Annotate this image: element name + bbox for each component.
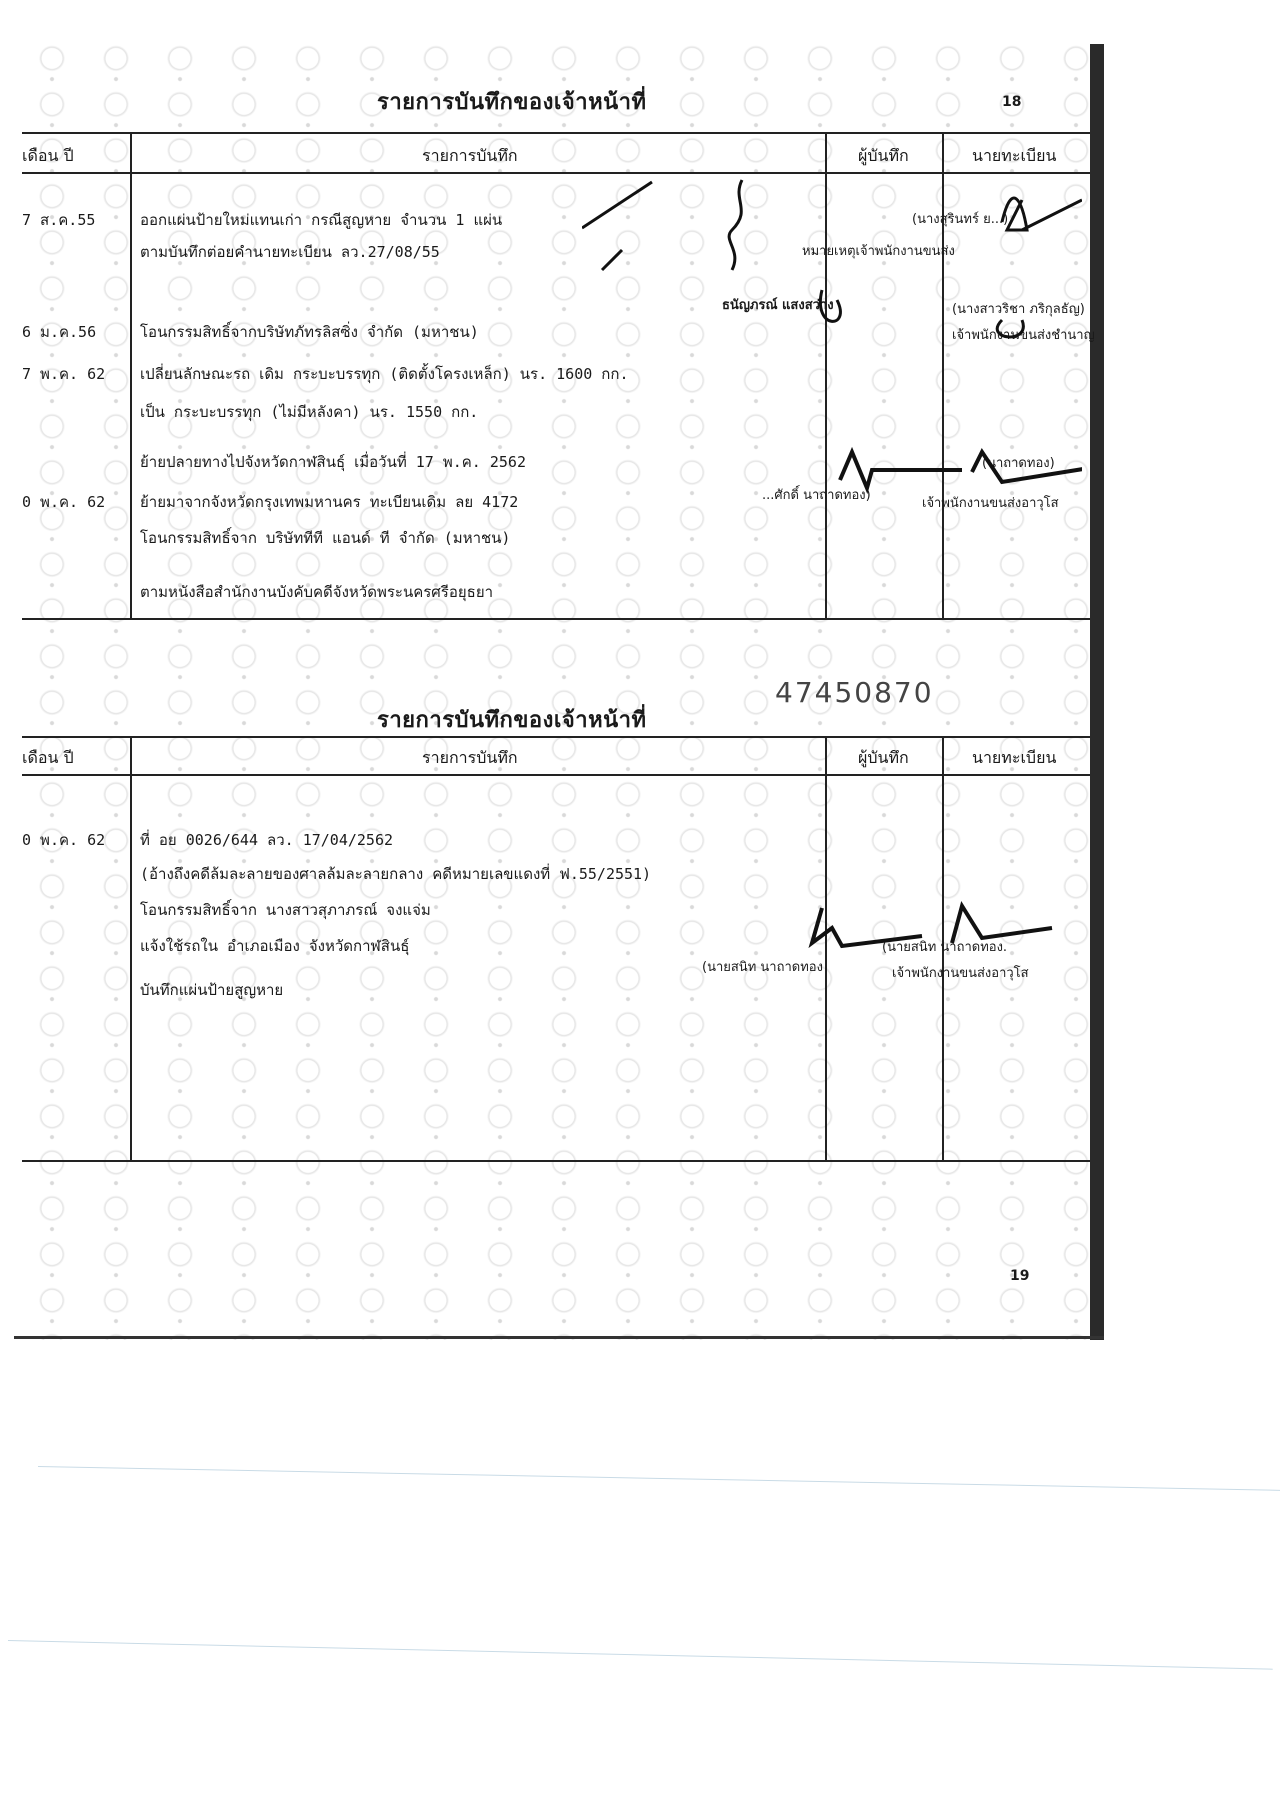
col-header-entry: รายการบันทึก <box>422 144 518 169</box>
scanned-document-page: รายการบันทึกของเจ้าหน้าที่ 18 เดือน ปี ร… <box>0 0 1280 1811</box>
section-title: รายการบันทึกของเจ้าหน้าที่ <box>377 84 647 119</box>
col-header-entry: รายการบันทึก <box>422 746 518 771</box>
entry-date: 7 พ.ค. 62 <box>22 362 105 386</box>
entry-line: แจ้งใช้รถใน อำเภอเมือง จังหวัดกาฬสินธุ์ <box>140 934 409 958</box>
handwritten-signatures-icon <box>582 170 1082 510</box>
page-number: 19 <box>1010 1268 1029 1284</box>
entry-line: โอนกรรมสิทธิ์จาก นางสาวสุภาภรณ์ จงแจ่ม <box>140 898 431 922</box>
entry-line: ตามบันทึกต่อยคำนายทะเบียน ลว.27/08/55 <box>140 240 440 264</box>
entry-date: 6 ม.ค.56 <box>22 320 96 344</box>
entry-date: 7 ส.ค.55 <box>22 208 95 232</box>
record-section-2: รายการบันทึกของเจ้าหน้าที่ เดือน ปี รายก… <box>22 688 1090 1338</box>
entry-date: 0 พ.ค. 62 <box>22 828 105 852</box>
col-divider <box>130 736 132 1160</box>
section-bottom-rule <box>22 618 1090 620</box>
entry-line: ย้ายปลายทางไปจังหวัดกาฬสินธุ์ เมื่อวันที… <box>140 450 526 474</box>
col-header-registrar: นายทะเบียน <box>972 746 1056 771</box>
col-header-date: เดือน ปี <box>22 746 74 771</box>
header-top-rule <box>22 736 1090 738</box>
scanner-artifact-line <box>8 1640 1273 1670</box>
handwritten-signatures-icon <box>802 898 1102 978</box>
page-number: 18 <box>1002 94 1021 110</box>
entry-line: เป็น กระบะบรรทุก (ไม่มีหลังคา) นร. 1550 … <box>140 400 478 424</box>
entry-line: ตามหนังสือสำนักงานบังคับคดีจังหวัดพระนคร… <box>140 580 493 604</box>
entry-line: ย้ายมาจากจังหวัดกรุงเทพมหานคร ทะเบียนเดิ… <box>140 490 518 514</box>
section-title: รายการบันทึกของเจ้าหน้าที่ <box>377 702 647 737</box>
scanner-artifact-line <box>38 1466 1280 1491</box>
record-section-1: รายการบันทึกของเจ้าหน้าที่ 18 เดือน ปี ร… <box>22 80 1090 620</box>
entry-line: ที่ อย 0026/644 ลว. 17/04/2562 <box>140 828 393 852</box>
section-bottom-rule <box>22 1160 1090 1162</box>
entry-line: โอนกรรมสิทธิ์จากบริษัทภัทรลิสซิ่ง จำกัด … <box>140 320 479 344</box>
header-bottom-rule <box>22 774 1090 776</box>
col-header-recorder: ผู้บันทึก <box>858 746 909 771</box>
col-header-registrar: นายทะเบียน <box>972 144 1056 169</box>
entry-line: (อ้างถึงคดีล้มละลายของศาลล้มละลายกลาง คด… <box>140 862 651 886</box>
entry-line: บันทึกแผ่นป้ายสูญหาย <box>140 978 283 1002</box>
entry-line: ออกแผ่นป้ายใหม่แทนเก่า กรณีสูญหาย จำนวน … <box>140 208 502 232</box>
entry-line: โอนกรรมสิทธิ์จาก บริษัททีที แอนด์ ที จำก… <box>140 526 510 550</box>
entry-date: 0 พ.ค. 62 <box>22 490 105 514</box>
header-top-rule <box>22 132 1090 134</box>
entry-line: เปลี่ยนลักษณะรถ เดิม กระบะบรรทุก (ติดตั้… <box>140 362 629 386</box>
page-edge-shadow <box>1090 44 1104 1340</box>
col-header-date: เดือน ปี <box>22 144 74 169</box>
col-divider <box>130 132 132 620</box>
col-header-recorder: ผู้บันทึก <box>858 144 909 169</box>
